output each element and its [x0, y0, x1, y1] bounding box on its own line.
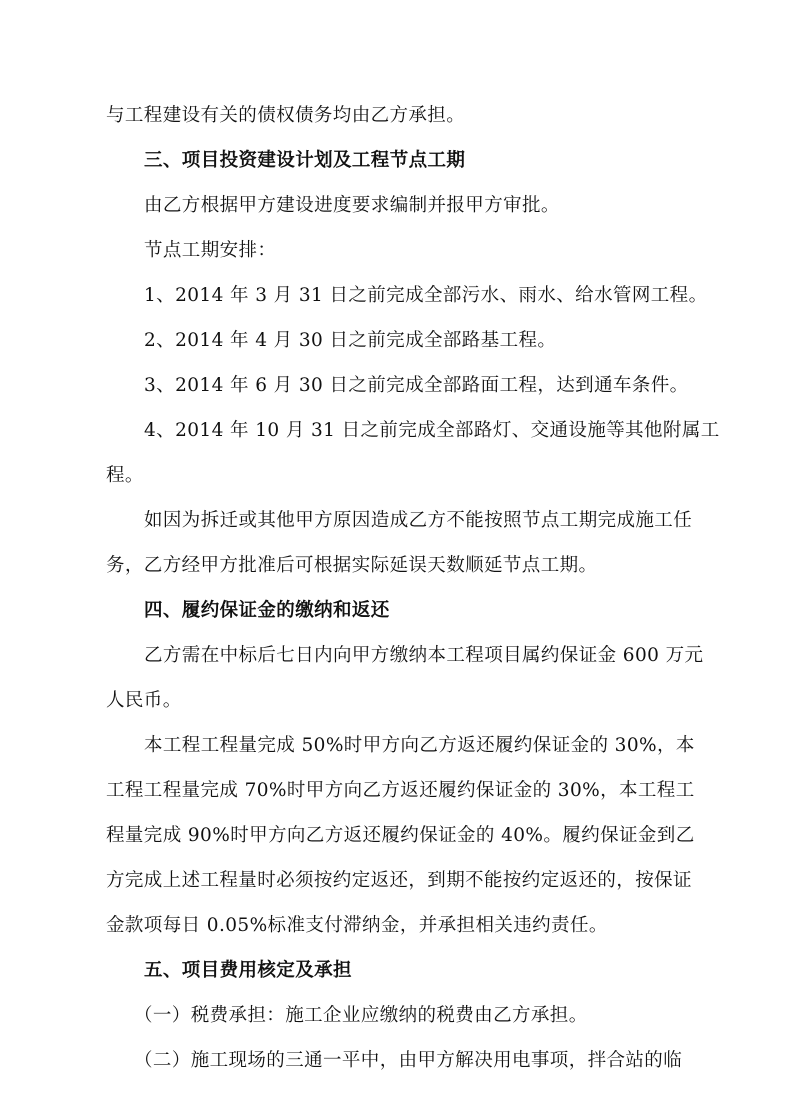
paragraph-line: （二）施工现场的三通一平中，由甲方解决用电事项，拌合站的临	[134, 1049, 682, 1073]
section-heading-4: 四、履约保证金的缴纳和返还	[144, 599, 390, 623]
paragraph-line: 乙方需在中标后七日内向甲方缴纳本工程项目属约保证金 600 万元	[144, 644, 703, 668]
paragraph-line: 本工程工程量完成 50%时甲方向乙方返还履约保证金的 30%，本	[144, 734, 695, 758]
list-item-1: 1、2014 年 3 月 31 日之前完成全部污水、雨水、给水管网工程。	[144, 284, 707, 308]
paragraph-line: 方完成上述工程量时必须按约定返还，到期不能按约定返还的，按保证	[106, 869, 692, 893]
paragraph-line: 务，乙方经甲方批准后可根据实际延误天数顺延节点工期。	[106, 554, 597, 578]
list-item-2: 2、2014 年 4 月 30 日之前完成全部路基工程。	[144, 329, 556, 353]
paragraph-line: 节点工期安排：	[144, 239, 276, 263]
section-heading-3: 三、项目投资建设计划及工程节点工期	[144, 149, 465, 173]
paragraph-line: 程。	[106, 464, 144, 488]
paragraph-line: （一）税费承担：施工企业应缴纳的税费由乙方承担。	[134, 1004, 588, 1028]
paragraph-line: 由乙方根据甲方建设进度要求编制并报甲方审批。	[144, 194, 560, 218]
paragraph-line: 人民币。	[106, 689, 182, 713]
section-heading-5: 五、项目费用核定及承担	[144, 959, 352, 983]
paragraph-line: 工程工程量完成 70%时甲方向乙方返还履约保证金的 30%，本工程工	[106, 779, 695, 803]
list-item-4: 4、2014 年 10 月 31 日之前完成全部路灯、交通设施等其他附属工	[144, 419, 720, 443]
paragraph-line: 程量完成 90%时甲方向乙方返还履约保证金的 40%。履约保证金到乙	[106, 824, 695, 848]
document-page: 与工程建设有关的债权债务均由乙方承担。 三、项目投资建设计划及工程节点工期 由乙…	[0, 0, 792, 1120]
list-item-3: 3、2014 年 6 月 30 日之前完成全部路面工程，达到通车条件。	[144, 374, 689, 398]
paragraph-line: 如因为拆迁或其他甲方原因造成乙方不能按照节点工期完成施工任	[144, 509, 692, 533]
paragraph-line: 金款项每日 0.05%标准支付滞纳金，并承担相关违约责任。	[106, 914, 608, 938]
paragraph-line: 与工程建设有关的债权债务均由乙方承担。	[106, 104, 465, 128]
